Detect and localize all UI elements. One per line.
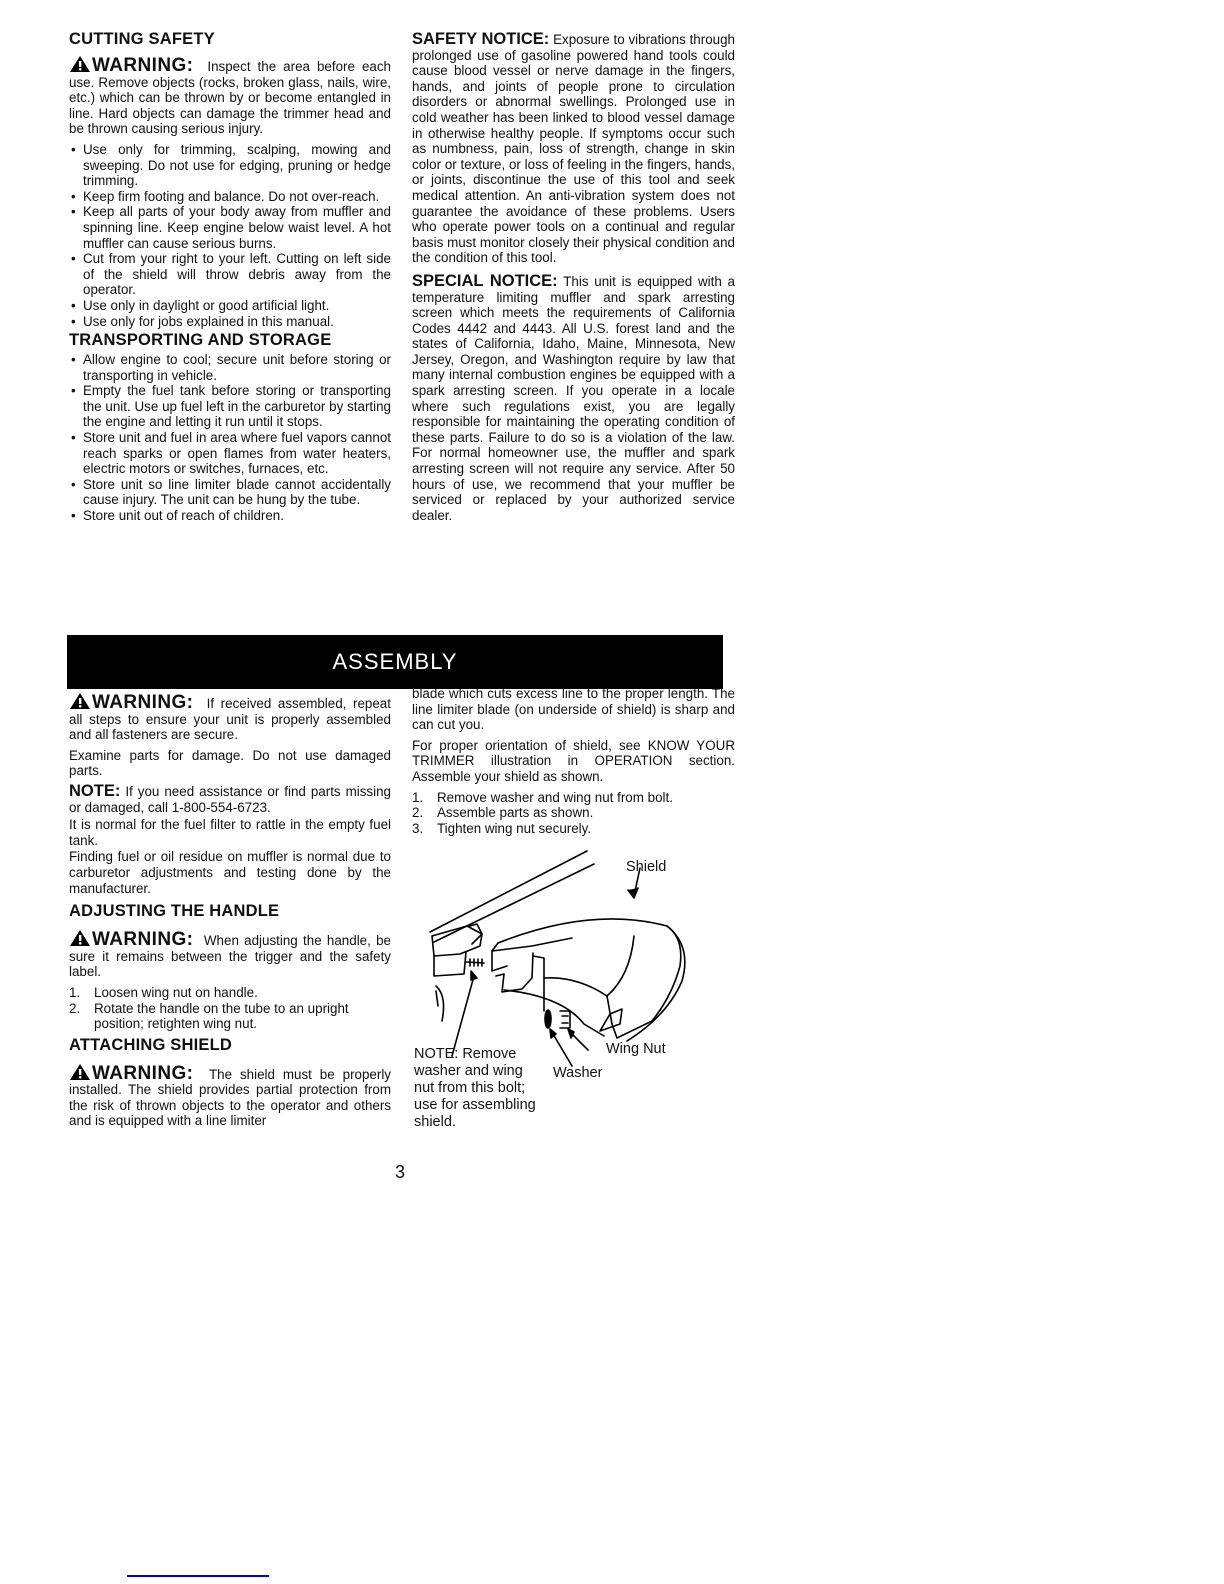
list-item: Allow engine to cool; secure unit before… <box>69 352 391 383</box>
list-item: 2.Rotate the handle on the tube to an up… <box>69 1001 391 1032</box>
list-item: Use only for jobs explained in this manu… <box>69 314 391 330</box>
warning-triangle-icon <box>69 929 91 947</box>
assembly-banner: ASSEMBLY <box>67 635 723 689</box>
adjusting-handle-warning: WARNING: When adjusting the handle, be s… <box>69 929 391 980</box>
figure-label-washer: Washer <box>553 1065 602 1082</box>
list-item: Use only in daylight or good artificial … <box>69 298 391 314</box>
attaching-shield-steps: 1.Remove washer and wing nut from bolt. … <box>412 790 735 837</box>
step-number: 2. <box>69 1001 80 1017</box>
step-number: 1. <box>412 790 423 806</box>
step-text: Rotate the handle on the tube to an upri… <box>94 1001 349 1032</box>
adjusting-handle-steps: 1.Loosen wing nut on handle. 2.Rotate th… <box>69 985 391 1032</box>
warning-triangle-icon <box>69 1063 91 1081</box>
figure-note-line: washer and wing <box>414 1063 536 1080</box>
cutting-safety-heading: CUTTING SAFETY <box>69 30 391 49</box>
special-notice-text: This unit is equipped with a temperature… <box>412 274 735 523</box>
figure-note-line: use for assembling <box>414 1097 536 1114</box>
list-item: 2.Assemble parts as shown. <box>412 805 735 821</box>
left-column-bottom: WARNING: If received assembled, repeat a… <box>69 686 391 1134</box>
figure-note: NOTE: Remove washer and wing nut from th… <box>414 1046 536 1131</box>
warning-triangle-icon <box>69 55 91 73</box>
safety-notice-text: Exposure to vibrations through prolonged… <box>412 32 735 265</box>
figure-label-shield: Shield <box>626 859 666 876</box>
figure-label-wing-nut: Wing Nut <box>606 1041 666 1058</box>
right-column-bottom: blade which cuts excess line to the prop… <box>412 686 735 840</box>
examine-parts-text: Examine parts for damage. Do not use dam… <box>69 748 391 779</box>
list-item: Cut from your right to your left. Cuttin… <box>69 251 391 298</box>
page-number: 3 <box>395 1162 405 1183</box>
step-text: Assemble parts as shown. <box>437 805 593 820</box>
adjusting-handle-heading: ADJUSTING THE HANDLE <box>69 902 391 921</box>
fuel-filter-text: It is normal for the fuel filter to ratt… <box>69 817 391 848</box>
residue-text: Finding fuel or oil residue on muffler i… <box>69 849 391 896</box>
figure-note-line: shield. <box>414 1114 536 1131</box>
step-text: Remove washer and wing nut from bolt. <box>437 790 673 805</box>
figure-note-line: nut from this bolt; <box>414 1080 536 1097</box>
special-notice: SPECIAL NOTICE: This unit is equipped wi… <box>412 274 735 524</box>
transporting-list: Allow engine to cool; secure unit before… <box>69 352 391 524</box>
step-text: Loosen wing nut on handle. <box>94 985 258 1000</box>
left-column-top: CUTTING SAFETY WARNING: Inspect the area… <box>69 30 391 526</box>
step-number: 2. <box>412 805 423 821</box>
safety-notice-label: SAFETY NOTICE: <box>412 30 549 48</box>
footer-link-underline[interactable] <box>127 1575 269 1577</box>
list-item: Keep firm footing and balance. Do not ov… <box>69 189 391 205</box>
warning-label: WARNING: <box>92 1063 193 1084</box>
note-label: NOTE: <box>69 782 120 800</box>
special-notice-label: SPECIAL NOTICE: <box>412 272 558 290</box>
attaching-shield-heading: ATTACHING SHIELD <box>69 1036 391 1055</box>
list-item: Empty the fuel tank before storing or tr… <box>69 383 391 430</box>
shield-orientation-text: For proper orientation of shield, see KN… <box>412 738 735 785</box>
safety-notice: SAFETY NOTICE: Exposure to vibrations th… <box>412 32 735 266</box>
list-item: Keep all parts of your body away from mu… <box>69 204 391 251</box>
warning-triangle-icon <box>69 692 91 710</box>
warning-label: WARNING: <box>92 55 193 76</box>
cutting-safety-list: Use only for trimming, scalping, mowing … <box>69 142 391 329</box>
attaching-shield-warning: WARNING: The shield must be properly ins… <box>69 1063 391 1129</box>
step-number: 3. <box>412 821 423 837</box>
warning-label: WARNING: <box>92 929 193 950</box>
note-paragraph: NOTE: If you need assistance or find par… <box>69 784 391 815</box>
shield-continued-text: blade which cuts excess line to the prop… <box>412 686 735 733</box>
shield-assembly-figure: Shield Wing Nut Washer NOTE: Remove wash… <box>412 846 712 1146</box>
transporting-heading: TRANSPORTING AND STORAGE <box>69 331 391 350</box>
list-item: Store unit so line limiter blade cannot … <box>69 477 391 508</box>
list-item: 1.Loosen wing nut on handle. <box>69 985 391 1001</box>
step-text: Tighten wing nut securely. <box>437 821 591 836</box>
step-number: 1. <box>69 985 80 1001</box>
cutting-safety-warning: WARNING: Inspect the area before each us… <box>69 55 391 137</box>
list-item: 3.Tighten wing nut securely. <box>412 821 735 837</box>
list-item: Store unit and fuel in area where fuel v… <box>69 430 391 477</box>
right-column-top: SAFETY NOTICE: Exposure to vibrations th… <box>412 32 735 528</box>
list-item: 1.Remove washer and wing nut from bolt. <box>412 790 735 806</box>
figure-note-line: NOTE: Remove <box>414 1046 536 1063</box>
assembly-banner-title: ASSEMBLY <box>333 649 458 675</box>
list-item: Use only for trimming, scalping, mowing … <box>69 142 391 189</box>
warning-label: WARNING: <box>92 692 193 713</box>
assembly-warning: WARNING: If received assembled, repeat a… <box>69 692 391 743</box>
list-item: Store unit out of reach of children. <box>69 508 391 524</box>
